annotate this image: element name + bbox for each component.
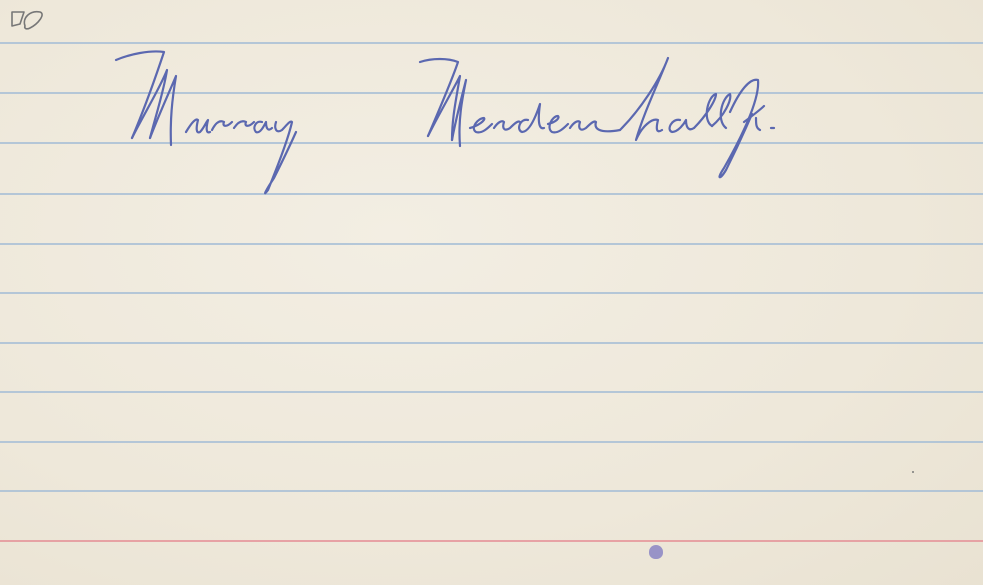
speck (912, 471, 914, 473)
ink-dot (649, 545, 663, 559)
index-card: Murray Mendenhall Jr. (0, 0, 983, 585)
signature-ink (0, 0, 983, 585)
